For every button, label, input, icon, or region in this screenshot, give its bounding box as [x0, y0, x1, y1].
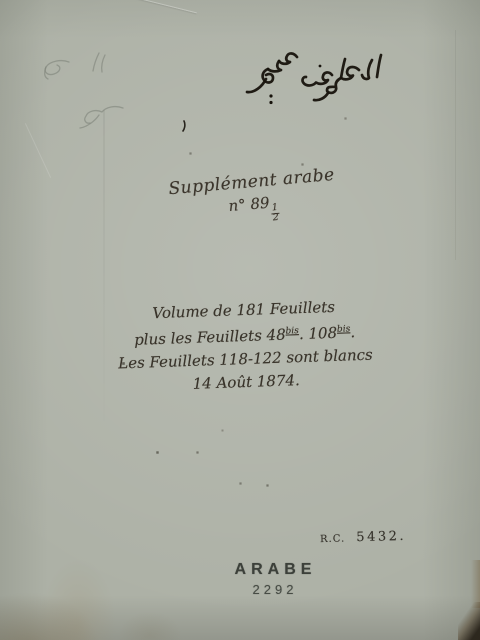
manuscript-cover-photo: Supplément arabe n° 8912 Volume de 181 F…: [0, 0, 480, 640]
volume-note-line2-text2: . 108: [299, 324, 338, 343]
collection-name: ARABE: [212, 561, 334, 579]
volume-note-bis2: bis: [337, 324, 351, 334]
shelfmark-printed-number: 2292: [212, 582, 334, 597]
top-crease: [113, 0, 197, 13]
panel-edge-line: [455, 30, 456, 260]
rc-stamp: R.C. 5432.: [320, 525, 406, 546]
volume-note-line2-text3: .: [350, 323, 355, 341]
right-edge-wear: [471, 560, 480, 608]
ink-comma-mark: [180, 120, 188, 132]
shelfmark-note: Supplément arabe n° 8912: [156, 164, 350, 232]
pencil-scribble-strokes: [45, 53, 123, 128]
shelfmark-prefix: n°: [228, 196, 247, 215]
arabic-inscription: [240, 44, 400, 106]
shelfmark-fraction: 12: [271, 204, 281, 223]
arabic-inscription-strokes: [247, 53, 381, 104]
bottom-right-corner-shadow: [458, 602, 480, 640]
printed-shelfmark: ARABE 2292: [212, 561, 334, 597]
fraction-denominator: 2: [272, 214, 281, 223]
shelfmark-number: 89: [250, 194, 271, 214]
volume-note: Volume de 181 Feuillets plus les Feuille…: [103, 294, 386, 399]
rc-stamp-number: 5432.: [356, 529, 406, 545]
pencil-scribbles: [35, 48, 135, 140]
ink-specks: [0, 0, 1, 1]
rc-stamp-label: R.C.: [320, 533, 345, 545]
volume-note-bis1: bis: [285, 326, 299, 336]
volume-note-line2-text1: plus les Feuillets 48: [134, 326, 286, 349]
paper-fold-line: [103, 110, 105, 440]
